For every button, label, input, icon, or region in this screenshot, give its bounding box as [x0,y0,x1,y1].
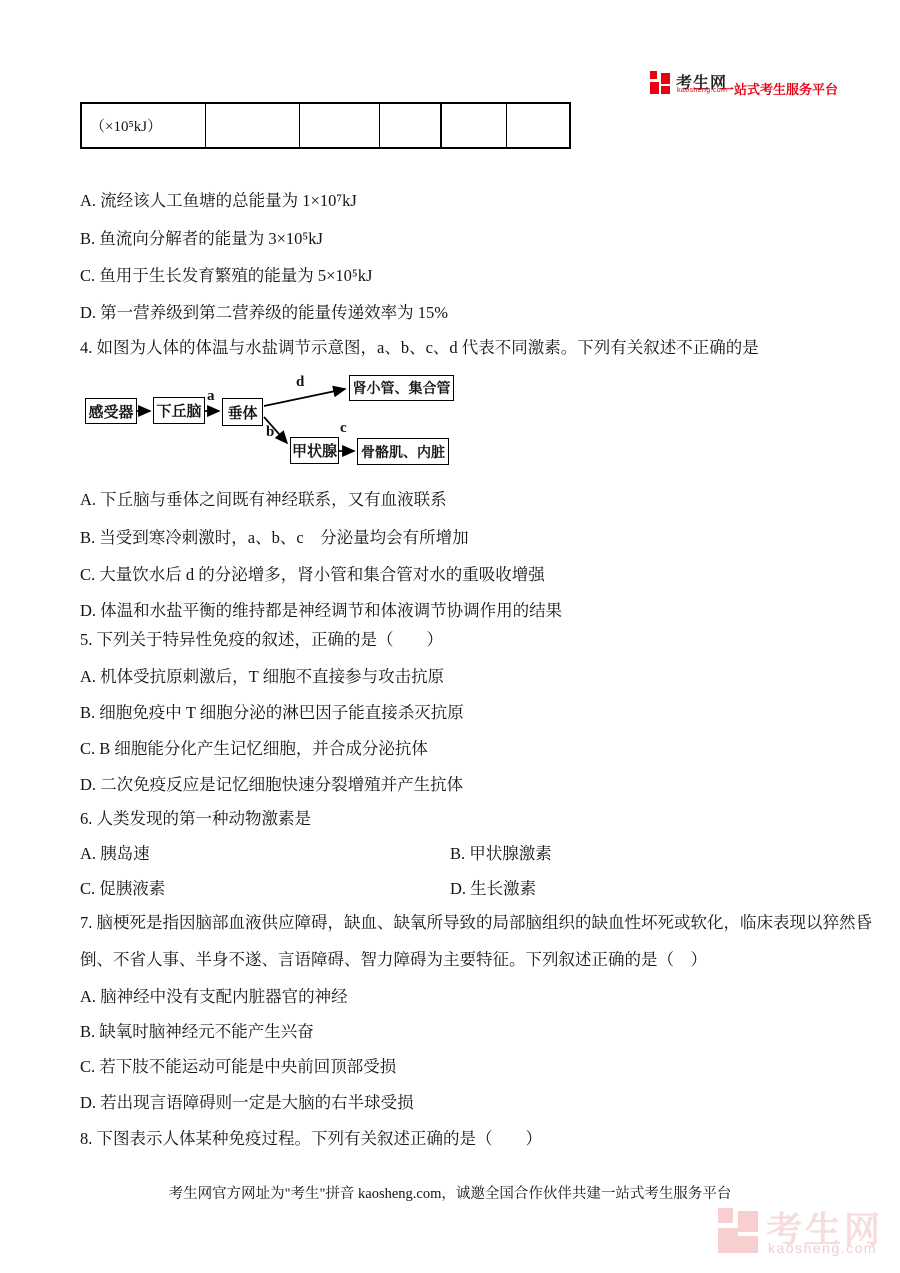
q4-stem: 4. 如图为人体的体温与水盐调节示意图，a、b、c、d 代表不同激素。下列有关叙… [80,337,759,359]
q7-option-c: C. 若下肢不能运动可能是中央前回顶部受损 [80,1056,396,1078]
q4-option-a: A. 下丘脑与垂体之间既有神经联系，又有血液联系 [80,489,447,511]
q6-option-a: A. 胰岛速 [80,843,150,865]
q6-option-d: D. 生长激素 [450,878,536,900]
diagram-node-pituitary: 垂体 [222,398,263,426]
exam-page: { "brand": { "name": "考生网", "domain": "k… [0,0,900,1273]
table-empty-cell [300,104,379,147]
q5-option-a: A. 机体受抗原刺激后，T 细胞不直接参与攻击抗原 [80,666,444,688]
q5-stem: 5. 下列关于特异性免疫的叙述，正确的是（ ） [80,629,443,651]
q4-option-d: D. 体温和水盐平衡的维持都是神经调节和体液调节协调作用的结果 [80,600,562,622]
q3-option-b: B. 鱼流向分解者的能量为 3×10⁵kJ [80,228,323,250]
q4-option-b: B. 当受到寒冷刺激时，a、b、c 分泌量均会有所增加 [80,527,469,549]
q5-option-d: D. 二次免疫反应是记忆细胞快速分裂增殖并产生抗体 [80,774,463,796]
q5-option-c: C. B 细胞能分化产生记忆细胞，并合成分泌抗体 [80,738,428,760]
diagram-node-renal-tubule: 肾小管、集合管 [349,375,454,401]
q3-option-d: D. 第一营养级到第二营养级的能量传递效率为 15% [80,302,448,324]
table-row-label-cell: （×10⁵kJ） [82,104,206,147]
q7-option-d: D. 若出现言语障碍则一定是大脑的右半球受损 [80,1092,414,1114]
q4-regulation-diagram: 感受器 下丘脑 垂体 肾小管、集合管 甲状腺 骨骼肌、内脏 a d b c [80,373,460,473]
q7-stem: 7. 脑梗死是指因脑部血液供应障碍，缺血、缺氧所导致的局部脑组织的缺血性坏死或软… [80,905,872,978]
diagram-label-a: a [207,389,215,404]
table-empty-cell [442,104,506,147]
table-empty-cell [380,104,442,147]
q7-option-a: A. 脑神经中没有支配内脏器官的神经 [80,986,348,1008]
q4-option-c: C. 大量饮水后 d 的分泌增多，肾小管和集合管对水的重吸收增强 [80,564,545,586]
table-empty-cell [206,104,300,147]
energy-table: （×10⁵kJ） [80,102,571,149]
diagram-node-muscle: 骨骼肌、内脏 [357,438,449,465]
q6-option-b: B. 甲状腺激素 [450,843,552,865]
table-empty-cell [507,104,569,147]
diagram-label-d: d [296,375,304,390]
brand-tagline: 一站式考生服务平台 [721,79,838,98]
watermark-domain-text: kaosheng.com [768,1240,877,1256]
brand-domain: kaosheng.com [677,87,727,94]
diagram-node-hypothalamus: 下丘脑 [153,397,205,424]
q8-stem: 8. 下图表示人体某种免疫过程。下列有关叙述正确的是（ ） [80,1128,542,1150]
q7-option-b: B. 缺氧时脑神经元不能产生兴奋 [80,1021,314,1043]
q6-option-c: C. 促胰液素 [80,878,165,900]
diagram-label-b: b [266,425,274,440]
diagram-node-thyroid: 甲状腺 [290,437,339,464]
kaosheng-watermark: 考生网 kaosheng.com [712,1198,892,1273]
q3-option-a: A. 流经该人工鱼塘的总能量为 1×10⁷kJ [80,190,357,212]
kaosheng-logo-icon [650,71,672,94]
q6-stem: 6. 人类发现的第一种动物激素是 [80,808,311,830]
q3-option-c: C. 鱼用于生长发育繁殖的能量为 5×10⁵kJ [80,265,372,287]
table-row-label: （×10⁵kJ） [90,115,162,136]
q5-option-b: B. 细胞免疫中 T 细胞分泌的淋巴因子能直接杀灭抗原 [80,702,464,724]
diagram-label-c: c [340,421,347,436]
diagram-node-receptor: 感受器 [85,398,137,424]
